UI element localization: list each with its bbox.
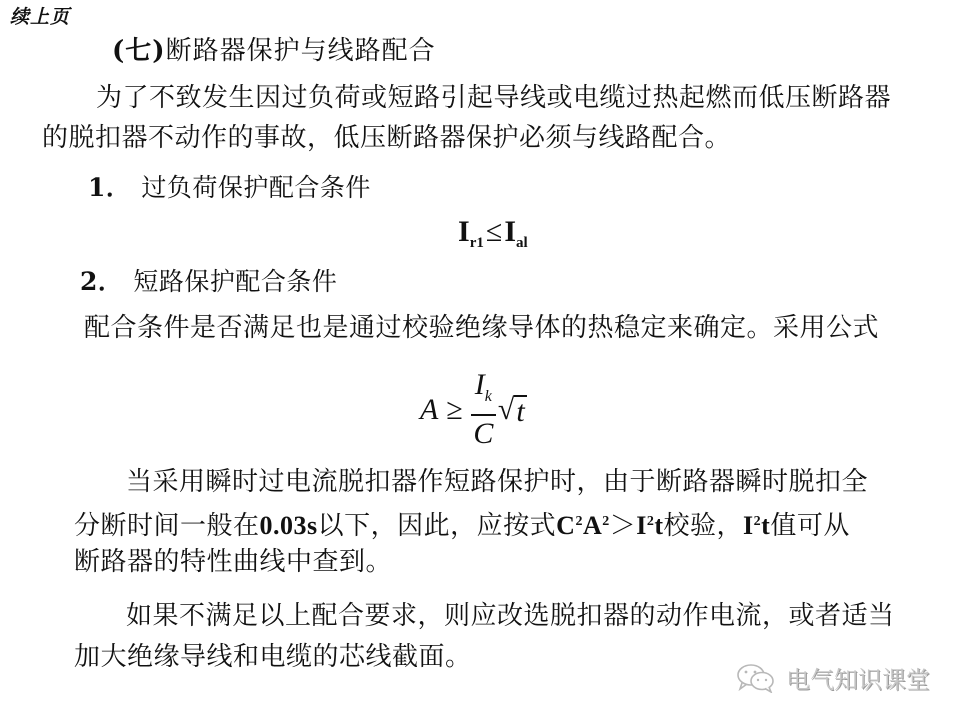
section-title: (七)断路器保护与线路配合 <box>112 30 436 67</box>
formula-symbol: A <box>583 511 602 540</box>
text-segment: 分断时间一般在 <box>74 511 260 541</box>
section-title-text: 断路器保护与线路配合 <box>166 36 436 66</box>
section-number: (七) <box>112 36 166 66</box>
intro-paragraph-line-2: 的脱扣器不动作的事故，低压断路器保护必须与线路配合。 <box>42 118 731 158</box>
watermark: 电气知识课堂 <box>736 660 930 695</box>
text-segment: 值可从 <box>770 511 850 541</box>
formula-square-root: √t <box>498 393 527 427</box>
formula-subscript: al <box>516 235 528 251</box>
item-overload-heading: 1．过负荷保护配合条件 <box>88 168 371 208</box>
formula-fraction: Ik C <box>471 368 496 452</box>
conclusion-paragraph-line-1: 如果不满足以上配合要求，则应改选脱扣器的动作电流，或者适当 <box>126 596 895 636</box>
continued-from-previous-page-label: 续上页 <box>10 2 70 29</box>
formula-subscript: r1 <box>470 235 484 251</box>
conclusion-paragraph-line-2: 加大绝缘导线和电缆的芯线截面。 <box>74 637 472 677</box>
check-formula: C2A2＞I2t <box>556 511 663 540</box>
radicand: t <box>514 395 526 427</box>
instant-trip-paragraph-line-2: 分断时间一般在0.03s以下，因此，应按式C2A2＞I2t校验，I2t值可从 <box>74 502 850 546</box>
formula-symbol: I <box>504 215 516 248</box>
fraction-numerator: Ik <box>471 368 496 416</box>
short-circuit-paragraph: 配合条件是否满足也是通过校验绝缘导体的热稳定来确定。采用公式 <box>84 308 879 348</box>
formula-superscript: 2 <box>602 514 610 529</box>
trip-time-value: 0.03s <box>260 511 318 540</box>
formula-operator: ≤ <box>486 215 502 248</box>
formula-symbol: C <box>556 511 575 540</box>
text-segment: 以下，因此，应按式 <box>318 511 557 541</box>
formula-symbol: I <box>743 511 754 540</box>
item-label: 过负荷保护配合条件 <box>141 173 371 202</box>
item-label: 短路保护配合条件 <box>133 267 337 296</box>
formula-operator: ＞ <box>610 511 637 540</box>
item-number: 1． <box>88 173 131 202</box>
formula-symbol: t <box>654 511 663 540</box>
formula-symbol: A <box>420 393 438 427</box>
watermark-text: 电气知识课堂 <box>786 660 930 695</box>
formula-symbol: I <box>458 215 470 248</box>
formula-operator: ≥ <box>446 393 462 427</box>
thermal-stability-formula: A ≥ Ik C √t <box>420 368 527 452</box>
formula-symbol: t <box>761 511 770 540</box>
formula-symbol: I <box>475 368 485 401</box>
i2t-label: I2t <box>743 511 770 540</box>
text-segment: 校验， <box>664 511 744 541</box>
overload-formula: Ir1≤Ial <box>458 215 528 252</box>
instant-trip-paragraph-line-3: 断路器的特性曲线中查到。 <box>74 542 392 582</box>
formula-subscript: k <box>485 388 492 405</box>
intro-paragraph-line-1: 为了不致发生因过负荷或短路引起导线或电缆过热起燃而低压断路器 <box>96 78 891 118</box>
wechat-icon <box>736 663 776 693</box>
radical-sign-icon: √ <box>498 393 514 427</box>
item-number: 2． <box>80 267 123 296</box>
instant-trip-paragraph-line-1: 当采用瞬时过电流脱扣器作短路保护时，由于断路器瞬时脱扣全 <box>126 462 868 502</box>
fraction-denominator: C <box>473 416 493 452</box>
formula-symbol: I <box>636 511 647 540</box>
formula-superscript: 2 <box>575 514 583 529</box>
item-short-circuit-heading: 2．短路保护配合条件 <box>80 262 337 302</box>
